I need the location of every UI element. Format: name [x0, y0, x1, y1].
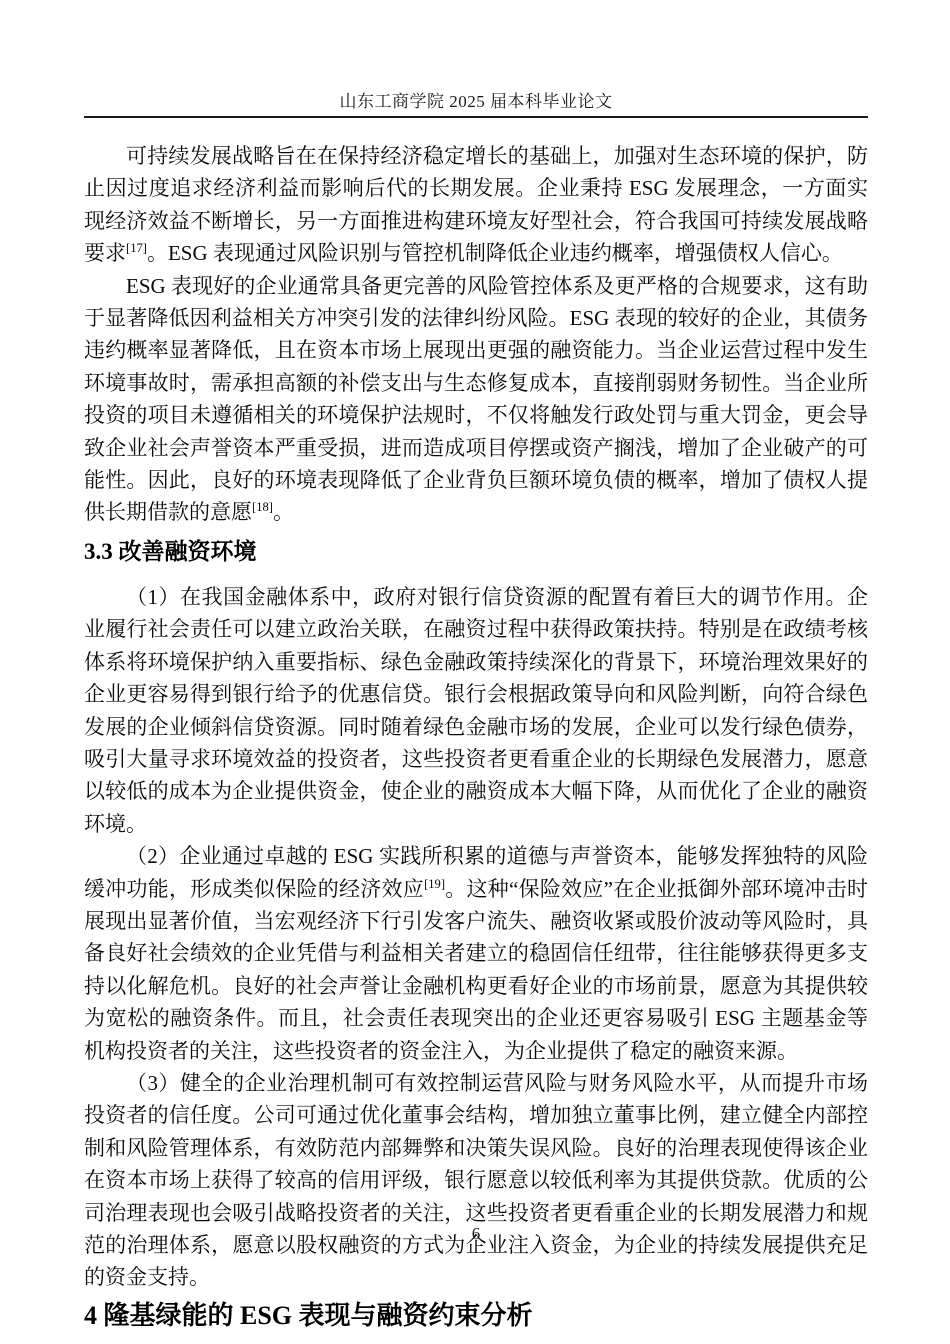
text-run: 。ESG 表现通过风险识别与管控机制降低企业违约概率，增强债权人信心。: [147, 241, 843, 265]
page-body: 可持续发展战略旨在在保持经济稳定增长的基础上，加强对生态环境的保护，防止因过度追…: [84, 140, 868, 1334]
header-divider: [84, 116, 868, 118]
header-title: 山东工商学院 2025 届本科毕业论文: [84, 91, 868, 112]
paragraph-sustainable-development: 可持续发展战略旨在在保持经济稳定增长的基础上，加强对生态环境的保护，防止因过度追…: [84, 140, 868, 270]
citation-reference: [19]: [424, 877, 445, 891]
page-header: 山东工商学院 2025 届本科毕业论文: [84, 91, 868, 118]
page-footer: 6: [84, 1224, 868, 1244]
text-run: （1）在我国金融体系中，政府对银行信贷资源的配置有着巨大的调节作用。企业履行社会…: [84, 585, 868, 836]
citation-reference: [17]: [126, 241, 147, 255]
text-run: （3）健全的企业治理机制可有效控制运营风险与财务风险水平，从而提升市场投资者的信…: [84, 1071, 868, 1289]
citation-reference: [18]: [252, 500, 273, 514]
thesis-page: 山东工商学院 2025 届本科毕业论文 可持续发展战略旨在在保持经济稳定增长的基…: [0, 0, 950, 1344]
chapter-heading-4: 4 隆基绿能的 ESG 表现与融资约束分析: [84, 1297, 868, 1334]
text-run: 。: [273, 500, 294, 524]
page-number: 6: [472, 1224, 481, 1243]
paragraph-point-1-credit-policy: （1）在我国金融体系中，政府对银行信贷资源的配置有着巨大的调节作用。企业履行社会…: [84, 581, 868, 840]
section-heading-3-3: 3.3 改善融资环境: [84, 535, 868, 569]
text-run: 。这种“保险效应”在企业抵御外部环境冲击时展现出显著价值，当宏观经济下行引发客户…: [84, 877, 868, 1063]
paragraph-esg-risk-control: ESG 表现好的企业通常具备更完善的风险管控体系及更严格的合规要求，这有助于显著…: [84, 270, 868, 529]
paragraph-point-2-insurance-effect: （2）企业通过卓越的 ESG 实践所积累的道德与声誉资本，能够发挥独特的风险缓冲…: [84, 840, 868, 1067]
text-run: ESG 表现好的企业通常具备更完善的风险管控体系及更严格的合规要求，这有助于显著…: [84, 274, 868, 525]
paragraph-point-3-governance: （3）健全的企业治理机制可有效控制运营风险与财务风险水平，从而提升市场投资者的信…: [84, 1067, 868, 1294]
